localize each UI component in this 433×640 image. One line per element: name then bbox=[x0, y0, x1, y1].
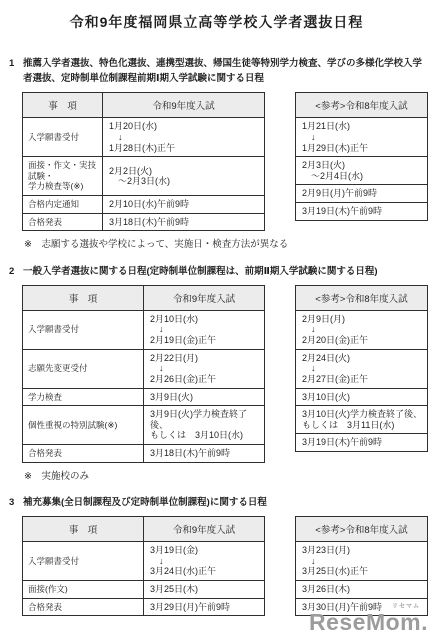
date-cell: 2月9日(月)午前9時 bbox=[296, 185, 428, 203]
section-2-tables: 事 項 令和9年度入試 入学願書受付 2月10日(水) ↓ 2月19日(金)正午… bbox=[0, 285, 433, 463]
table-header-row: <参考>令和8年度入試 bbox=[296, 285, 428, 310]
table-row: 学力検査 3月9日(火) bbox=[23, 388, 265, 406]
table-header-row: 事 項 令和9年度入試 bbox=[23, 517, 265, 542]
header-cell-year8: <参考>令和8年度入試 bbox=[296, 93, 428, 118]
date-cell: 2月24日(火) ↓ 2月27日(金)正午 bbox=[296, 349, 428, 388]
table-row: 合格発表 3月29日(月)午前9時 bbox=[23, 598, 265, 616]
header-cell-year8: <参考>令和8年度入試 bbox=[296, 517, 428, 542]
table-row: 入学願書受付 2月10日(水) ↓ 2月19日(金)正午 bbox=[23, 310, 265, 349]
date-cell: 2月22日(月) ↓ 2月26日(金)正午 bbox=[144, 349, 265, 388]
table-row: 3月19日(木)午前9時 bbox=[296, 203, 428, 221]
reference-table-1: <参考>令和8年度入試 1月21日(水) ↓ 1月29日(木)正午 2月3日(火… bbox=[295, 92, 428, 220]
date-cell: 1月21日(水) ↓ 1月29日(木)正午 bbox=[296, 118, 428, 157]
item-cell: 個性重視の特別試験(※) bbox=[23, 406, 144, 445]
table-row: 面接・作文・実技試験・ 学力検査等(※) 2月2日(火) ～2月3日(水) bbox=[23, 157, 265, 196]
item-cell: 志願先変更受付 bbox=[23, 349, 144, 388]
table-row: 入学願書受付 1月20日(水) ↓ 1月28日(木)正午 bbox=[23, 118, 265, 157]
section-1: 1 推薦入学者選抜、特色化選抜、連携型選抜、帰国生徒等特別学力検査、学びの多様化… bbox=[0, 56, 433, 264]
item-cell: 面接・作文・実技試験・ 学力検査等(※) bbox=[23, 157, 103, 196]
date-cell: 3月18日(木)午前9時 bbox=[103, 213, 265, 231]
section-number: 3 bbox=[9, 495, 23, 510]
section-2: 2 一般入学者選抜に関する日程(定時制単位制課程は、前期Ⅱ期入学試験に関する日程… bbox=[0, 264, 433, 495]
date-cell: 3月19日(金) ↓ 3月24日(水)正午 bbox=[144, 542, 265, 581]
date-cell: 3月10日(火) bbox=[296, 388, 428, 406]
date-cell: 3月10日(火)学力検査終了後、 もしくは 3月11日(水) bbox=[296, 406, 428, 434]
section-2-heading: 2 一般入学者選抜に関する日程(定時制単位制課程は、前期Ⅱ期入学試験に関する日程… bbox=[0, 264, 433, 285]
schedule-table-1: 事 項 令和9年度入試 入学願書受付 1月20日(水) ↓ 1月28日(木)正午… bbox=[22, 92, 265, 231]
date-cell: 3月9日(火)学力検査終了後、 もしくは 3月10日(水) bbox=[144, 406, 265, 445]
item-cell: 合格発表 bbox=[23, 213, 103, 231]
date-cell: 3月19日(木)午前9時 bbox=[296, 434, 428, 452]
date-cell: 3月29日(月)午前9時 bbox=[144, 598, 265, 616]
page-title: 令和9年度福岡県立高等学校入学者選抜日程 bbox=[0, 12, 433, 32]
date-cell: 2月3日(火) ～2月4日(水) bbox=[296, 157, 428, 185]
table-row: 志願先変更受付 2月22日(月) ↓ 2月26日(金)正午 bbox=[23, 349, 265, 388]
table-header-row: <参考>令和8年度入試 bbox=[296, 517, 428, 542]
date-cell: 3月19日(木)午前9時 bbox=[296, 203, 428, 221]
table-header-row: 事 項 令和9年度入試 bbox=[23, 285, 265, 310]
header-cell-item: 事 項 bbox=[23, 285, 144, 310]
section-3-heading: 3 補充募集(全日制課程及び定時制単位制課程)に関する日程 bbox=[0, 495, 433, 516]
table-row: 2月3日(火) ～2月4日(水) bbox=[296, 157, 428, 185]
item-cell: 入学願書受付 bbox=[23, 118, 103, 157]
section-3-tables: 事 項 令和9年度入試 入学願書受付 3月19日(金) ↓ 3月24日(水)正午… bbox=[0, 516, 433, 616]
section-heading-text: 推薦入学者選抜、特色化選抜、連携型選抜、帰国生徒等特別学力検査、学びの多様化学校… bbox=[23, 56, 425, 86]
table-header-row: <参考>令和8年度入試 bbox=[296, 93, 428, 118]
schedule-table-3: 事 項 令和9年度入試 入学願書受付 3月19日(金) ↓ 3月24日(水)正午… bbox=[22, 516, 265, 616]
table-row: 2月24日(火) ↓ 2月27日(金)正午 bbox=[296, 349, 428, 388]
section-2-note: ※ 実施校のみ bbox=[0, 463, 433, 495]
table-row: 1月21日(水) ↓ 1月29日(木)正午 bbox=[296, 118, 428, 157]
date-cell: 2月2日(火) ～2月3日(水) bbox=[103, 157, 265, 196]
item-cell: 合格発表 bbox=[23, 444, 144, 462]
table-row: 合格発表 3月18日(木)午前9時 bbox=[23, 213, 265, 231]
section-1-tables: 事 項 令和9年度入試 入学願書受付 1月20日(水) ↓ 1月28日(木)正午… bbox=[0, 92, 433, 231]
section-number: 2 bbox=[9, 264, 23, 279]
logo-brand-text: ReseMom bbox=[309, 609, 421, 635]
date-cell: 2月10日(水)午前9時 bbox=[103, 196, 265, 214]
schedule-table-2: 事 項 令和9年度入試 入学願書受付 2月10日(水) ↓ 2月19日(金)正午… bbox=[22, 285, 265, 463]
item-cell: 合格発表 bbox=[23, 598, 144, 616]
date-cell: 3月23日(月) ↓ 3月25日(水)正午 bbox=[296, 542, 428, 581]
header-cell-item: 事 項 bbox=[23, 93, 103, 118]
table-row: 合格発表 3月18日(木)午前9時 bbox=[23, 444, 265, 462]
date-cell: 3月9日(火) bbox=[144, 388, 265, 406]
table-row: 3月10日(火)学力検査終了後、 もしくは 3月11日(水) bbox=[296, 406, 428, 434]
logo-period: . bbox=[421, 609, 428, 635]
table-row: 2月9日(月) ↓ 2月20日(金)正午 bbox=[296, 310, 428, 349]
date-cell: 2月9日(月) ↓ 2月20日(金)正午 bbox=[296, 310, 428, 349]
section-heading-text: 補充募集(全日制課程及び定時制単位制課程)に関する日程 bbox=[23, 495, 425, 510]
resemom-logo: リセマム ReseMom. bbox=[309, 604, 428, 634]
section-heading-text: 一般入学者選抜に関する日程(定時制単位制課程は、前期Ⅱ期入学試験に関する日程) bbox=[23, 264, 425, 279]
table-row: 入学願書受付 3月19日(金) ↓ 3月24日(水)正午 bbox=[23, 542, 265, 581]
table-row: 合格内定通知 2月10日(水)午前9時 bbox=[23, 196, 265, 214]
item-cell: 合格内定通知 bbox=[23, 196, 103, 214]
document-page: 令和9年度福岡県立高等学校入学者選抜日程 1 推薦入学者選抜、特色化選抜、連携型… bbox=[0, 0, 433, 640]
date-cell: 3月25日(木) bbox=[144, 580, 265, 598]
section-3: 3 補充募集(全日制課程及び定時制単位制課程)に関する日程 事 項 令和9年度入… bbox=[0, 495, 433, 616]
reference-table-2: <参考>令和8年度入試 2月9日(月) ↓ 2月20日(金)正午 2月24日(火… bbox=[295, 285, 428, 452]
table-row: 3月10日(火) bbox=[296, 388, 428, 406]
date-cell: 3月26日(木) bbox=[296, 580, 428, 598]
table-header-row: 事 項 令和9年度入試 bbox=[23, 93, 265, 118]
table-row: 個性重視の特別試験(※) 3月9日(火)学力検査終了後、 もしくは 3月10日(… bbox=[23, 406, 265, 445]
table-row: 2月9日(月)午前9時 bbox=[296, 185, 428, 203]
reference-table-3: <参考>令和8年度入試 3月23日(月) ↓ 3月25日(水)正午 3月26日(… bbox=[295, 516, 428, 616]
header-cell-year9: 令和9年度入試 bbox=[144, 285, 265, 310]
table-row: 3月19日(木)午前9時 bbox=[296, 434, 428, 452]
item-cell: 入学願書受付 bbox=[23, 310, 144, 349]
table-row: 面接(作文) 3月25日(木) bbox=[23, 580, 265, 598]
date-cell: 1月20日(水) ↓ 1月28日(木)正午 bbox=[103, 118, 265, 157]
section-1-heading: 1 推薦入学者選抜、特色化選抜、連携型選抜、帰国生徒等特別学力検査、学びの多様化… bbox=[0, 56, 433, 92]
header-cell-item: 事 項 bbox=[23, 517, 144, 542]
resemom-wordmark: ReseMom. bbox=[309, 611, 428, 634]
table-row: 3月26日(木) bbox=[296, 580, 428, 598]
header-cell-year9: 令和9年度入試 bbox=[144, 517, 265, 542]
item-cell: 学力検査 bbox=[23, 388, 144, 406]
section-1-note: ※ 志願する選抜や学校によって、実施日・検査方法が異なる bbox=[0, 231, 433, 263]
table-row: 3月23日(月) ↓ 3月25日(水)正午 bbox=[296, 542, 428, 581]
section-number: 1 bbox=[9, 56, 23, 71]
header-cell-year9: 令和9年度入試 bbox=[103, 93, 265, 118]
item-cell: 面接(作文) bbox=[23, 580, 144, 598]
item-cell: 入学願書受付 bbox=[23, 542, 144, 581]
date-cell: 2月10日(水) ↓ 2月19日(金)正午 bbox=[144, 310, 265, 349]
header-cell-year8: <参考>令和8年度入試 bbox=[296, 285, 428, 310]
date-cell: 3月18日(木)午前9時 bbox=[144, 444, 265, 462]
